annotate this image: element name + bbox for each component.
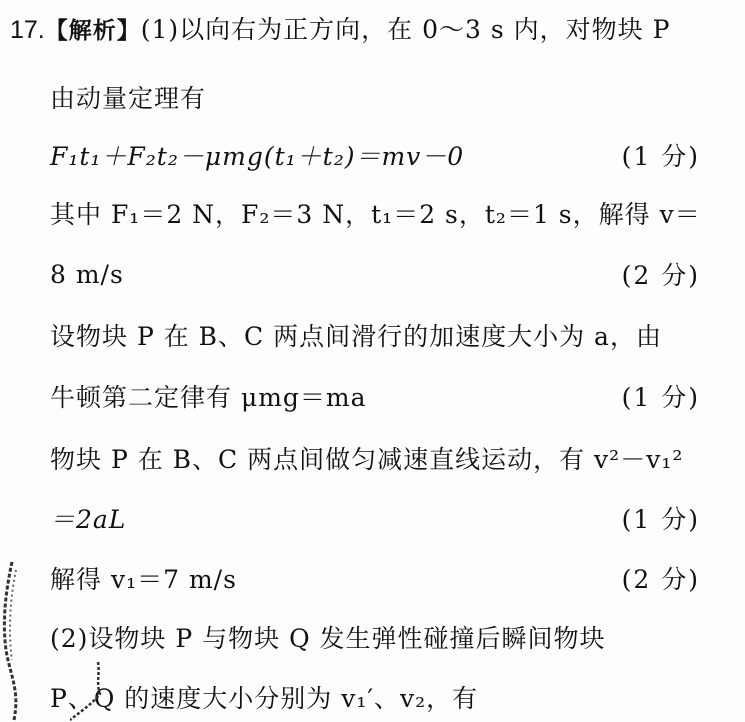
solution-line-10: 解得 v₁＝7 m/s (2 分) [50,558,700,598]
line-text: (2)设物块 P 与物块 Q 发生弹性碰撞后瞬间物块 [50,619,606,655]
line-text: (1)以向右为正方向，在 0～3 s 内，对物块 P [141,15,671,44]
line-text: 其中 F₁＝2 N，F₂＝3 N，t₁＝2 s，t₂＝1 s，解得 v＝ [50,195,701,231]
scanned-answer-page: 17.【解析】(1)以向右为正方向，在 0～3 s 内，对物块 P 由动量定理有… [0,0,745,722]
solution-line-8: 物块 P 在 B、C 两点间做匀减速直线运动，有 v²－v₁² [50,438,700,478]
score-mark: (2 分) [622,560,700,596]
solution-line-12: P、Q 的速度大小分别为 v₁′、v₂，有 [50,677,700,717]
line-text: 解得 v₁＝7 m/s [50,560,237,596]
score-mark: (1 分) [622,137,700,173]
question-number: 17. [10,16,45,44]
solution-line-3: F₁t₁＋F₂t₂－μmg(t₁＋t₂)＝mv－0 (1 分) [50,135,700,175]
kinematics-equation: ＝2aL [50,500,126,536]
score-mark: (2 分) [622,256,700,292]
line-text: 物块 P 在 B、C 两点间做匀减速直线运动，有 v²－v₁² [50,440,683,476]
solution-line-1: 17.【解析】(1)以向右为正方向，在 0～3 s 内，对物块 P [10,8,700,48]
score-mark: (1 分) [622,378,700,414]
solution-line-5: 8 m/s (2 分) [50,254,700,294]
scan-smudge-mark [70,660,110,722]
line-text: 由动量定理有 [50,79,206,115]
analysis-tag: 【解析】 [45,18,141,44]
solution-line-11: (2)设物块 P 与物块 Q 发生弹性碰撞后瞬间物块 [50,617,700,657]
solution-line-4: 其中 F₁＝2 N，F₂＝3 N，t₁＝2 s，t₂＝1 s，解得 v＝ [50,193,700,233]
line-text: 设物块 P 在 B、C 两点间滑行的加速度大小为 a，由 [50,317,662,353]
scan-smudge-mark [0,560,40,722]
solution-line-2: 由动量定理有 [50,77,700,117]
line-text: P、Q 的速度大小分别为 v₁′、v₂，有 [50,679,478,715]
momentum-equation: F₁t₁＋F₂t₂－μmg(t₁＋t₂)＝mv－0 [50,137,464,173]
score-mark: (1 分) [622,500,700,536]
line-text: 8 m/s [50,260,124,289]
solution-line-6: 设物块 P 在 B、C 两点间滑行的加速度大小为 a，由 [50,315,700,355]
solution-line-9: ＝2aL (1 分) [50,498,700,538]
line-text: 牛顿第二定律有 μmg＝ma [50,378,367,414]
solution-line-7: 牛顿第二定律有 μmg＝ma (1 分) [50,376,700,416]
